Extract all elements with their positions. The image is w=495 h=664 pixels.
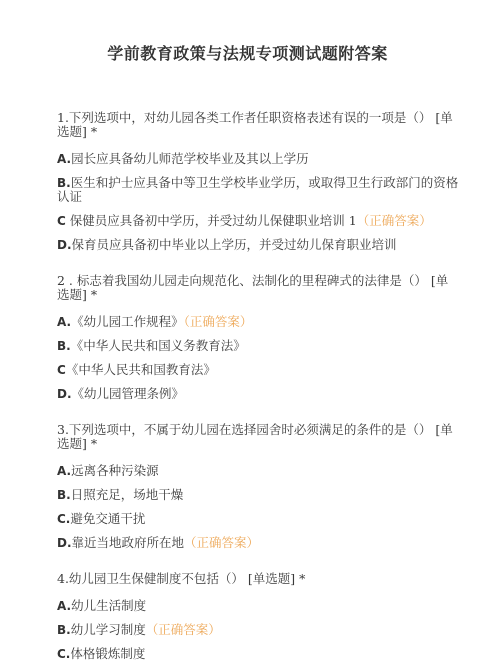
question-4-prompt: 4.幼儿园卫生保健制度不包括（） [单选题] * [57,572,459,586]
correct-answer-label: （正确答案） [146,622,221,637]
question-2-option-c: C《中华人民共和国教育法》 [57,363,459,377]
option-text: 避免交通干扰 [70,511,145,526]
question-3-option-b: B.日照充足，场地干燥 [57,488,459,502]
option-text: 《幼儿园管理条例》 [72,386,185,401]
option-text: 《幼儿园工作规程》 [71,314,184,329]
question-4-option-c: C.体格锻炼制度 [57,647,459,661]
question-block-3: 3.下列选项中，不属于幼儿园在选择园舍时必须满足的条件的是（） [单选题] * … [57,423,459,550]
correct-answer-label: （正确答案） [357,213,432,228]
option-letter: C. [57,512,70,526]
document-title: 学前教育政策与法规专项测试题附答案 [0,44,495,64]
question-1-option-c: C 保健员应具备初中学历，并受过幼儿保健职业培训 1（正确答案） [57,214,459,228]
question-4-option-a: A.幼儿生活制度 [57,599,459,613]
option-letter: A. [57,464,71,478]
option-letter: B. [57,623,71,637]
option-text: 体格锻炼制度 [70,646,145,661]
question-3-prompt: 3.下列选项中，不属于幼儿园在选择园舍时必须满足的条件的是（） [单选题] * [57,423,459,451]
option-text: 保育员应具备初中毕业以上学历，并受过幼儿保育职业培训 [72,237,397,252]
option-letter: D. [57,536,72,550]
question-1-option-a: A.园长应具备幼儿师范学校毕业及其以上学历 [57,152,459,166]
option-letter: C. [57,647,70,661]
option-letter: A. [57,152,71,166]
option-text: 保健员应具备初中学历，并受过幼儿保健职业培训 1 [66,213,357,228]
question-1-option-d: D.保育员应具备初中毕业以上学历，并受过幼儿保育职业培训 [57,238,459,252]
option-text: 园长应具备幼儿师范学校毕业及其以上学历 [71,151,309,166]
question-block-1: 1.下列选项中，对幼儿园各类工作者任职资格表述有误的一项是（） [单选题] * … [57,111,459,252]
question-2-prompt: 2 . 标志着我国幼儿园走向规范化、法制化的里程碑式的法律是（） [单选题] * [57,274,459,302]
option-letter: B. [57,339,71,353]
question-3-option-a: A.远离各种污染源 [57,464,459,478]
question-2-option-b: B.《中华人民共和国义务教育法》 [57,339,459,353]
option-text: 远离各种污染源 [71,463,159,478]
option-text: 《中华人民共和国教育法》 [66,362,216,377]
option-letter: A. [57,599,71,613]
option-letter: B. [57,176,71,190]
option-letter: C [57,363,66,377]
question-3-option-d: D.靠近当地政府所在地（正确答案） [57,536,459,550]
question-1-option-b: B.医生和护士应具备中等卫生学校毕业学历，或取得卫生行政部门的资格认证 [57,176,459,204]
option-text: 幼儿学习制度 [71,622,146,637]
option-letter: D. [57,387,72,401]
option-text: 靠近当地政府所在地 [72,535,185,550]
document-body: 1.下列选项中，对幼儿园各类工作者任职资格表述有误的一项是（） [单选题] * … [0,64,495,661]
question-1-prompt: 1.下列选项中，对幼儿园各类工作者任职资格表述有误的一项是（） [单选题] * [57,111,459,139]
option-letter: B. [57,488,71,502]
question-block-2: 2 . 标志着我国幼儿园走向规范化、法制化的里程碑式的法律是（） [单选题] *… [57,274,459,401]
question-3-option-c: C.避免交通干扰 [57,512,459,526]
option-text: 幼儿生活制度 [71,598,146,613]
option-letter: A. [57,315,71,329]
option-letter: C [57,214,66,228]
option-text: 医生和护士应具备中等卫生学校毕业学历，或取得卫生行政部门的资格认证 [57,175,458,204]
correct-answer-label: （正确答案） [184,314,253,329]
question-2-option-d: D.《幼儿园管理条例》 [57,387,459,401]
question-4-option-b: B.幼儿学习制度（正确答案） [57,623,459,637]
correct-answer-label: （正确答案） [184,535,259,550]
option-letter: D. [57,238,72,252]
question-2-option-a: A.《幼儿园工作规程》（正确答案） [57,315,459,329]
option-text: 日照充足，场地干燥 [71,487,184,502]
document-page: 学前教育政策与法规专项测试题附答案 1.下列选项中，对幼儿园各类工作者任职资格表… [0,0,495,664]
option-text: 《中华人民共和国义务教育法》 [71,338,246,353]
question-block-4: 4.幼儿园卫生保健制度不包括（） [单选题] * A.幼儿生活制度 B.幼儿学习… [57,572,459,661]
